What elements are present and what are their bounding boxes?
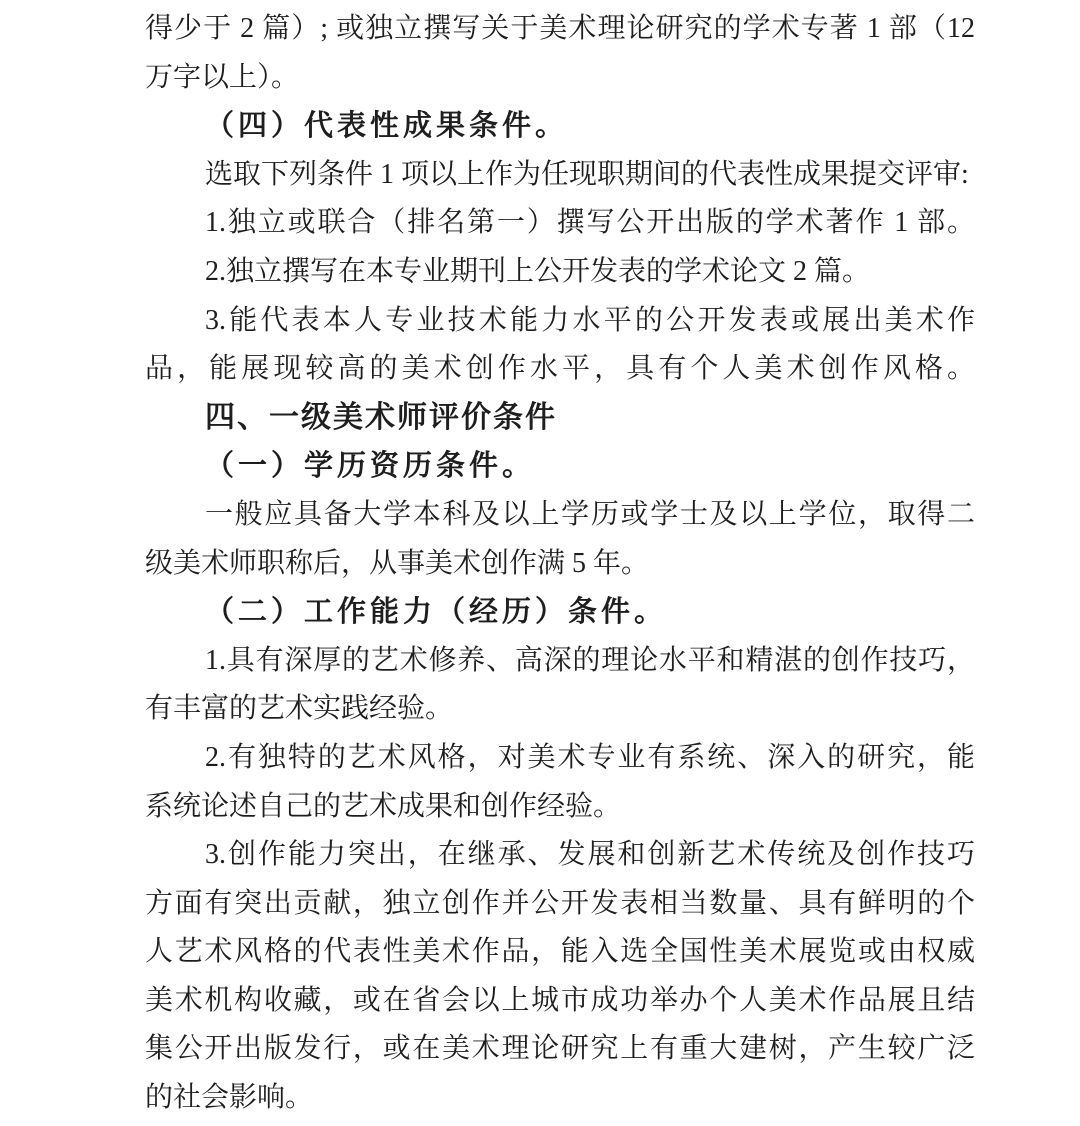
text-line: 美术机构收藏，或在省会以上城市成功举办个人美术作品展且结 [145,977,975,1026]
text-line: 2.有独特的艺术风格，对美术专业有系统、深入的研究，能 [145,734,975,783]
text-line: 3.能代表本人专业技术能力水平的公开发表或展出美术作 [145,297,975,346]
text-line: 级美术师职称后，从事美术创作满 5 年。 [145,540,975,589]
text-line: 1.具有深厚的艺术修养、高深的理论水平和精湛的创作技巧， [145,637,975,686]
text-line: 3.创作能力突出，在继承、发展和创新艺术传统及创作技巧 [145,831,975,880]
section-heading: （一）学历资历条件。 [145,442,975,491]
text-line: 2.独立撰写在本专业期刊上公开发表的学术论文 2 篇。 [145,248,975,297]
text-line: 集公开出版发行，或在美术理论研究上有重大建树，产生较广泛 [145,1025,975,1074]
text-line: 选取下列条件 1 项以上作为任现职期间的代表性成果提交评审: [145,151,975,200]
text-line: 方面有突出贡献，独立创作并公开发表相当数量、具有鲜明的个 [145,880,975,929]
text-line: 万字以上）。 [145,54,975,103]
chapter-heading: 四、一级美术师评价条件 [145,394,975,443]
text-line: 一般应具备大学本科及以上学历或学士及以上学位，取得二 [145,491,975,540]
text-line: 有丰富的艺术实践经验。 [145,685,975,734]
text-line: 的社会影响。 [145,1074,975,1123]
text-line: 1.独立或联合（排名第一）撰写公开出版的学术著作 1 部。 [145,199,975,248]
text-line: 品，能展现较高的美术创作水平，具有个人美术创作风格。 [145,345,975,394]
text-line: 系统论述自己的艺术成果和创作经验。 [145,783,975,832]
section-heading: （二）工作能力（经历）条件。 [145,588,975,637]
text-column: 得少于 2 篇）; 或独立撰写关于美术理论研究的学术专著 1 部（12 万字以上… [145,5,975,1123]
document-page: 得少于 2 篇）; 或独立撰写关于美术理论研究的学术专著 1 部（12 万字以上… [0,0,1080,1126]
text-line: 人艺术风格的代表性美术作品，能入选全国性美术展览或由权威 [145,928,975,977]
section-heading: （四）代表性成果条件。 [145,102,975,151]
text-line: 得少于 2 篇）; 或独立撰写关于美术理论研究的学术专著 1 部（12 [145,5,975,54]
